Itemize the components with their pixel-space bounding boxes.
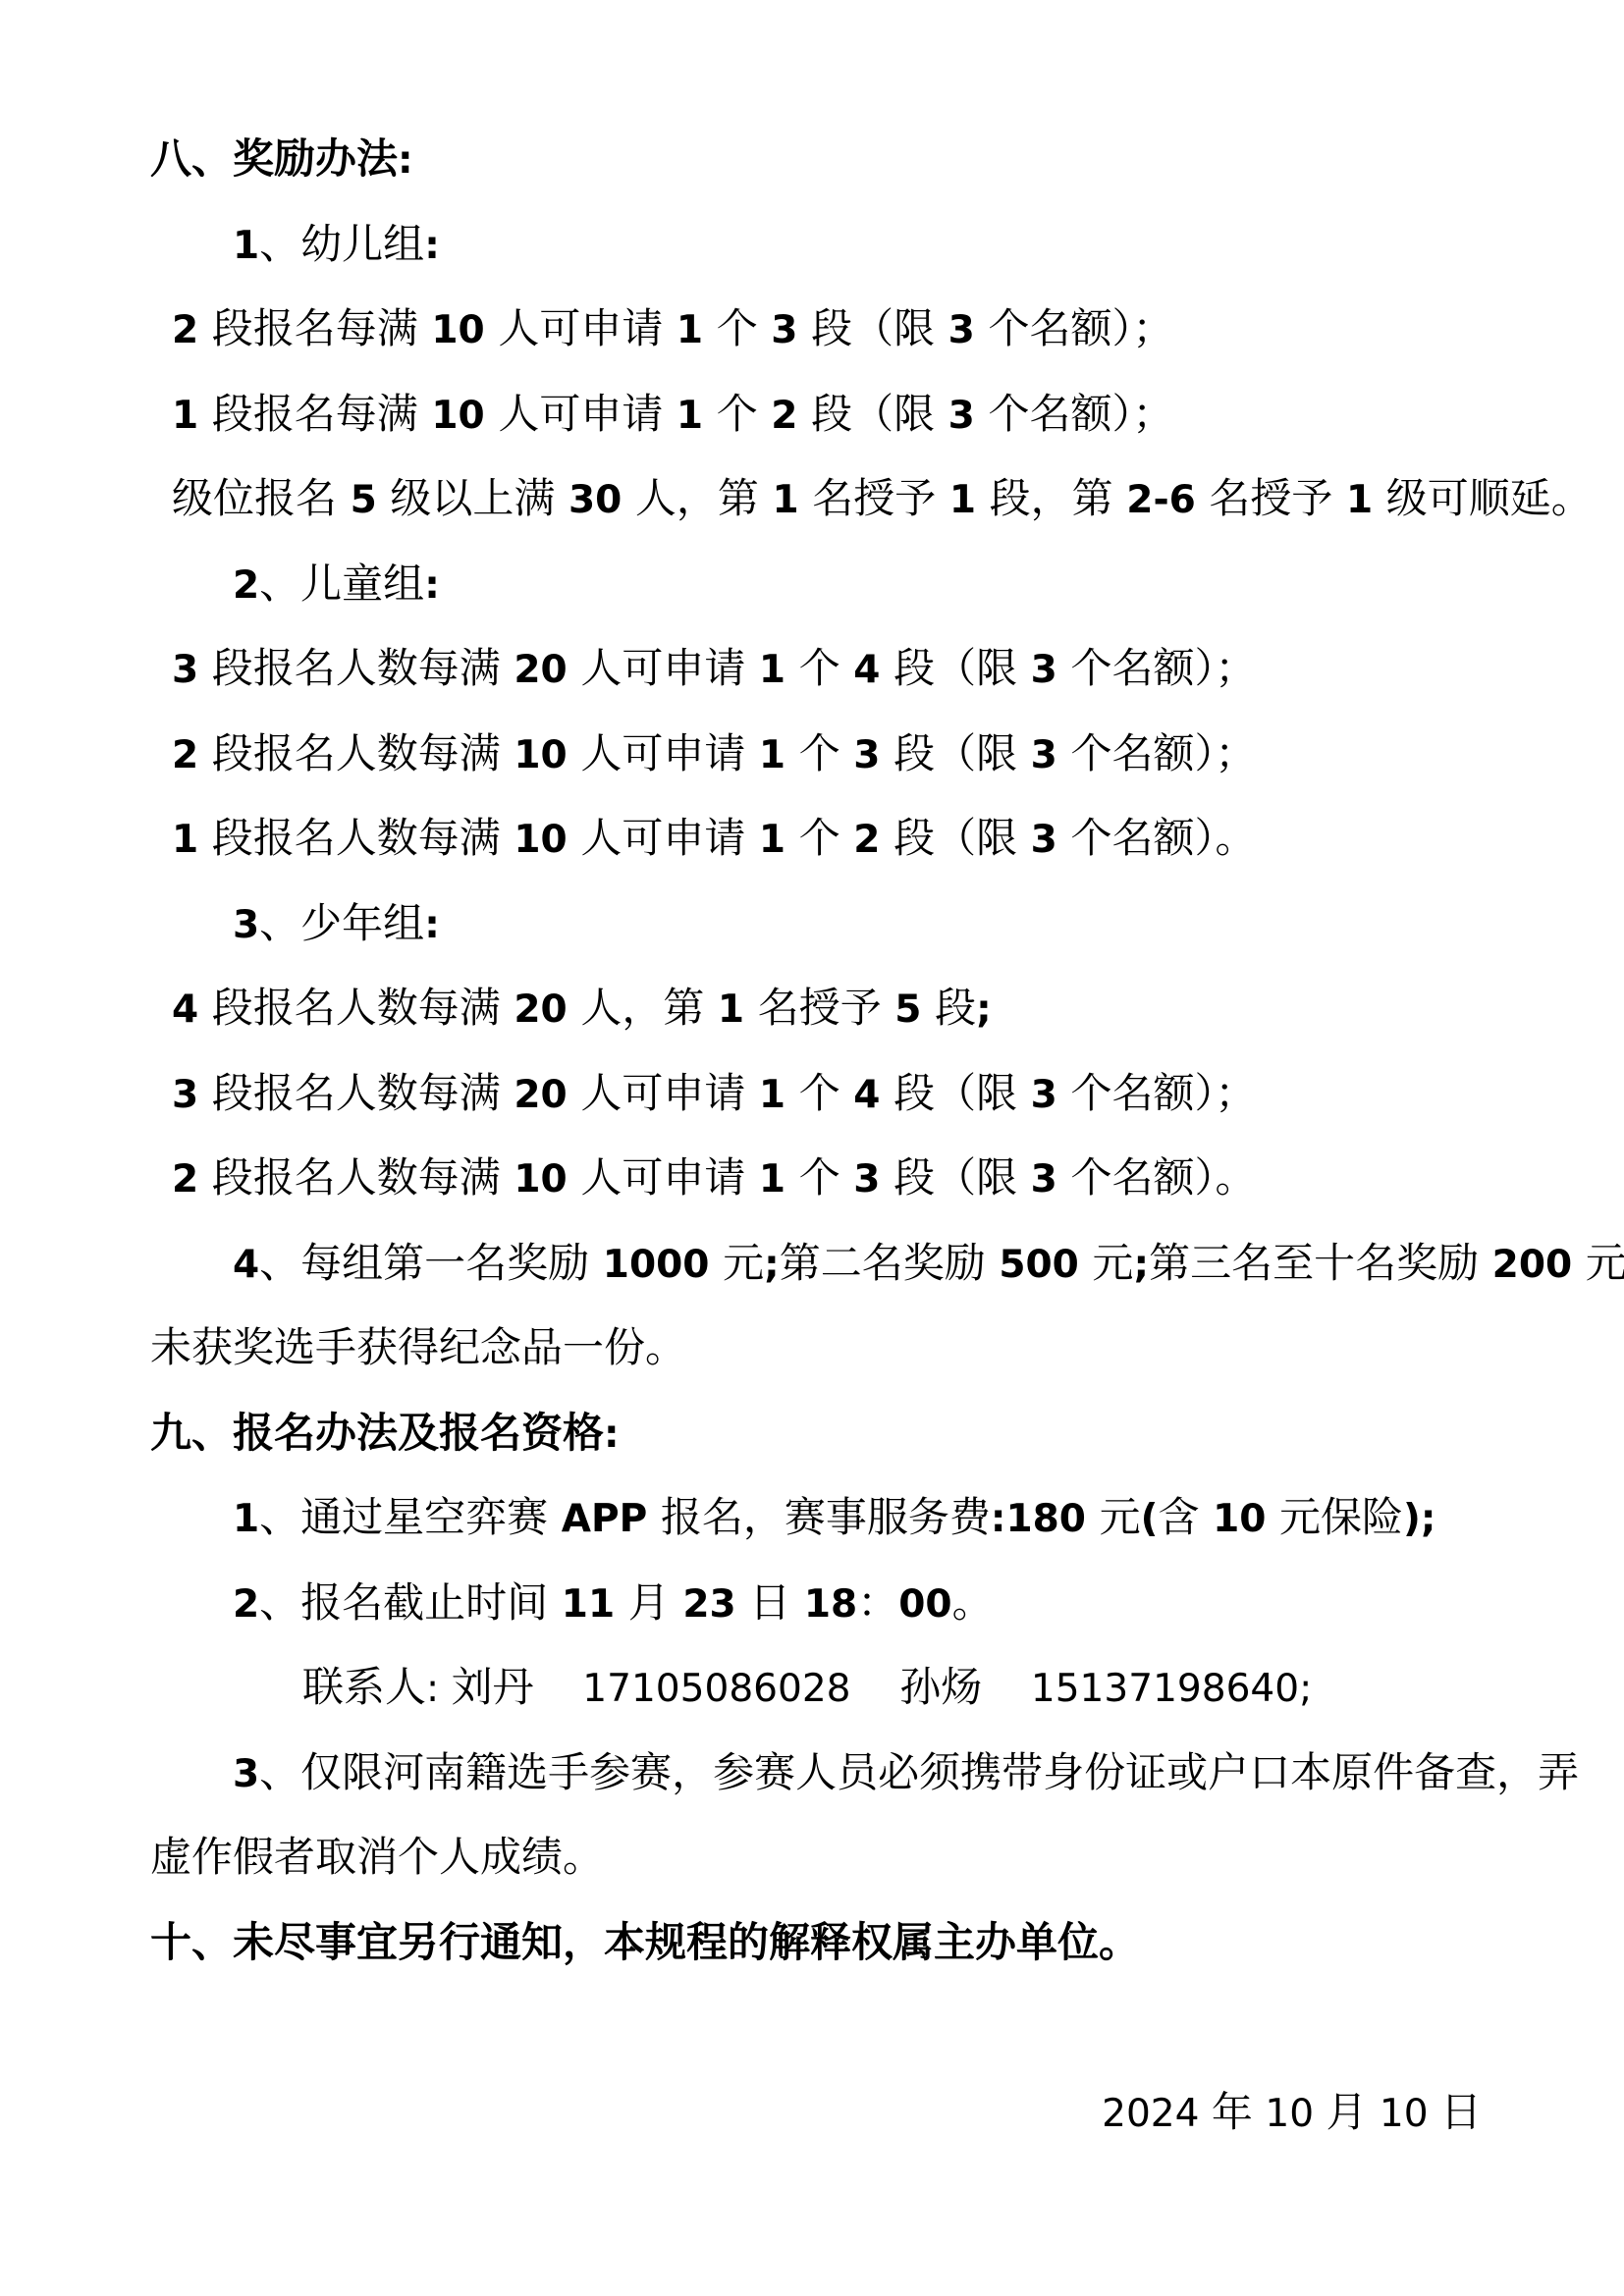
latin-run: 20: [501, 1073, 581, 1117]
item-3-youth: 3、少年组:: [150, 882, 1510, 968]
latin-run: 1: [663, 308, 716, 352]
latin-run: 10: [418, 394, 499, 438]
latin-run: 10: [501, 1157, 581, 1201]
rule-children-dan1: 1 段报名人数每满 10 人可申请 1 个 2 段（限 3 个名额）。: [150, 797, 1510, 882]
latin-run: 10: [501, 818, 581, 862]
latin-run: :: [424, 903, 440, 947]
latin-run: 1: [745, 1073, 798, 1117]
latin-run: 2: [172, 1157, 212, 1201]
latin-run: 3: [758, 308, 811, 352]
document-body: 八、奖励办法:1、幼儿组:2 段报名每满 10 人可申请 1 个 3 段（限 3…: [150, 118, 1510, 2156]
latin-run: 2: [172, 733, 212, 777]
latin-run: :180: [991, 1497, 1100, 1541]
latin-run: 1: [745, 818, 798, 862]
rule-children-dan3: 3 段报名人数每满 20 人可申请 1 个 4 段（限 3 个名额）；: [150, 627, 1510, 713]
latin-run: 3: [840, 733, 893, 777]
latin-run: 17105086028: [534, 1667, 900, 1711]
latin-run: 10: [1253, 2092, 1326, 2136]
latin-run: 1: [172, 394, 212, 438]
latin-run: 3: [840, 1157, 893, 1201]
latin-run: 4: [233, 1243, 259, 1287]
heading-section-10: 十、未尽事宜另行通知，本规程的解释权属主办单位。: [150, 1901, 1510, 1987]
latin-run: 1: [172, 818, 212, 862]
latin-run: :: [426, 1667, 452, 1711]
rule-youth-dan4: 4 段报名人数每满 20 人，第 1 名授予 5 段;: [150, 967, 1510, 1052]
heading-section-8: 八、奖励办法:: [150, 118, 1510, 203]
item-2-children: 2、儿童组:: [150, 543, 1510, 628]
latin-run: 00: [898, 1582, 951, 1627]
latin-run: 1: [745, 733, 798, 777]
latin-run: 20: [501, 988, 581, 1032]
rule-children-dan2: 2 段报名人数每满 10 人可申请 1 个 3 段（限 3 个名额）；: [150, 713, 1510, 798]
latin-run: 10: [418, 308, 499, 352]
rule-kindergarten-dan2: 2 段报名每满 10 人可申请 1 个 3 段（限 3 个名额）；: [150, 288, 1510, 373]
item-1-app-registration: 1、通过星空弈赛 APP 报名，赛事服务费:180 元(含 10 元保险);: [150, 1476, 1510, 1562]
document-page: 八、奖励办法:1、幼儿组:2 段报名每满 10 人可申请 1 个 3 段（限 3…: [0, 0, 1624, 2296]
latin-run: 11: [548, 1582, 628, 1627]
latin-run: 4: [172, 988, 212, 1032]
heading-section-9: 九、报名办法及报名资格:: [150, 1392, 1510, 1477]
latin-run: 30: [555, 478, 635, 522]
item-2-deadline: 2、报名截止时间 11 月 23 日 18：00。: [150, 1562, 1510, 1647]
latin-run: 3: [172, 648, 212, 692]
item-4-prizes: 4、每组第一名奖励 1000 元;第二名奖励 500 元;第三名至十名奖励 20…: [150, 1222, 1510, 1308]
latin-run: 15137198640;: [982, 1667, 1312, 1711]
latin-run: 200: [1479, 1243, 1586, 1287]
latin-run: 3: [1017, 1073, 1070, 1117]
latin-run: 3: [1017, 733, 1070, 777]
latin-run: 1: [704, 988, 757, 1032]
latin-run: 2: [233, 1582, 259, 1627]
latin-run: 3: [935, 308, 988, 352]
latin-run: 10: [501, 733, 581, 777]
latin-run: :: [424, 224, 440, 268]
latin-run: 2: [233, 563, 259, 608]
latin-run: 4: [840, 648, 893, 692]
latin-run: 2: [172, 308, 212, 352]
latin-run: 1: [745, 648, 798, 692]
latin-run: APP: [548, 1497, 661, 1541]
latin-run: 20: [501, 648, 581, 692]
latin-run: 1: [759, 478, 812, 522]
latin-run: 18: [790, 1582, 857, 1627]
latin-run: 2024: [1102, 2092, 1212, 2136]
latin-run: 1: [233, 224, 259, 268]
latin-run: :: [604, 1413, 620, 1457]
latin-run: 1: [745, 1157, 798, 1201]
latin-run: 5: [882, 988, 935, 1032]
latin-run: 1: [663, 394, 716, 438]
latin-run: 500: [986, 1243, 1093, 1287]
latin-run: );: [1403, 1497, 1435, 1541]
date-line: 2024 年 10 月 10 日: [150, 2071, 1510, 2157]
latin-run: 3: [172, 1073, 212, 1117]
latin-run: ;: [976, 988, 992, 1032]
rule-youth-dan3: 3 段报名人数每满 20 人可申请 1 个 4 段（限 3 个名额）；: [150, 1052, 1510, 1138]
item-4-prizes-cont: 未获奖选手获得纪念品一份。: [150, 1307, 1510, 1392]
latin-run: ;: [764, 1243, 780, 1287]
latin-run: :: [398, 138, 413, 183]
latin-run: 4: [840, 1073, 893, 1117]
latin-run: 2: [840, 818, 893, 862]
latin-run: 10: [1199, 1497, 1279, 1541]
latin-run: 3: [1017, 1157, 1070, 1201]
latin-run: :: [424, 563, 440, 608]
contact-line: 联系人: 刘丹 17105086028 孙炀 15137198640;: [150, 1646, 1510, 1732]
latin-run: 2-6: [1113, 478, 1210, 522]
item-3-eligibility: 3、仅限河南籍选手参赛，参赛人员必须携带身份证或户口本原件备查，弄: [150, 1732, 1510, 1817]
rule-kindergarten-kyu: 级位报名 5 级以上满 30 人，第 1 名授予 1 段，第 2-6 名授予 1…: [150, 457, 1510, 543]
latin-run: 3: [1017, 818, 1070, 862]
rule-kindergarten-dan1: 1 段报名每满 10 人可申请 1 个 2 段（限 3 个名额）；: [150, 373, 1510, 458]
latin-run: 23: [670, 1582, 750, 1627]
latin-run: 1: [936, 478, 989, 522]
item-3-eligibility-cont: 虚作假者取消个人成绩。: [150, 1816, 1510, 1901]
latin-run: 3: [233, 903, 259, 947]
latin-run: 1000: [589, 1243, 723, 1287]
latin-run: (: [1141, 1497, 1159, 1541]
latin-run: 3: [1017, 648, 1070, 692]
latin-run: 1: [1332, 478, 1385, 522]
latin-run: ;: [1133, 1243, 1149, 1287]
item-1-kindergarten: 1、幼儿组:: [150, 203, 1510, 289]
latin-run: 3: [935, 394, 988, 438]
latin-run: 5: [337, 478, 390, 522]
spacer: [150, 1986, 1510, 2071]
latin-run: 3: [233, 1752, 259, 1796]
latin-run: 1: [233, 1497, 259, 1541]
latin-run: 2: [758, 394, 811, 438]
latin-run: 10: [1367, 2092, 1440, 2136]
rule-youth-dan2: 2 段报名人数每满 10 人可申请 1 个 3 段（限 3 个名额）。: [150, 1137, 1510, 1222]
